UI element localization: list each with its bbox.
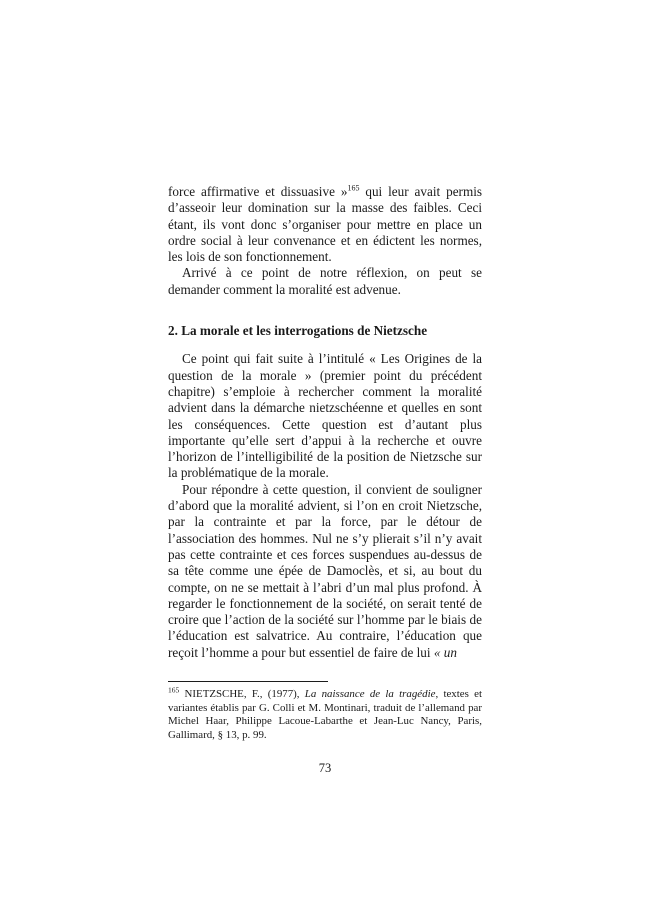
paragraph-text: force affirmative et dissuasive »: [168, 184, 347, 199]
paragraph-text: Pour répondre à cette question, il convi…: [168, 482, 482, 660]
body-paragraph-1: force affirmative et dissuasive »165 qui…: [168, 184, 482, 265]
body-paragraph-2: Arrivé à ce point de notre réflexion, on…: [168, 265, 482, 298]
footnote-book-title: La naissance de la tragédie: [305, 688, 436, 700]
body-paragraph-4: Pour répondre à cette question, il convi…: [168, 482, 482, 661]
page-number: 73: [168, 760, 482, 776]
body-paragraph-3: Ce point qui fait suite à l’intitulé « L…: [168, 351, 482, 481]
document-page: force affirmative et dissuasive »165 qui…: [0, 0, 650, 920]
footnote-text: NIETZSCHE, F., (1977),: [185, 688, 305, 700]
italic-quote-fragment: « un: [434, 645, 457, 660]
footnote: 165 NIETZSCHE, F., (1977), La naissance …: [168, 688, 482, 742]
footnote-separator: [168, 681, 328, 682]
section-heading: 2. La morale et les interrogations de Ni…: [168, 323, 482, 339]
footnote-reference: 165: [347, 184, 359, 193]
text-block: force affirmative et dissuasive »165 qui…: [168, 184, 482, 777]
footnote-marker: 165: [168, 685, 179, 694]
